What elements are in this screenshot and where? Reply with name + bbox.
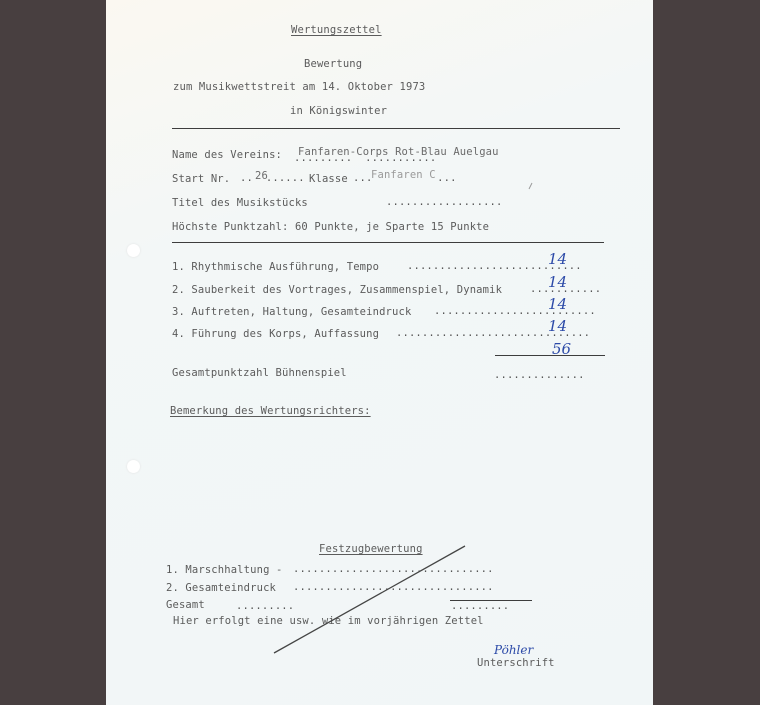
strike-through-line <box>0 0 760 705</box>
signature-label: Unterschrift <box>477 656 555 670</box>
signature: Pöhler <box>494 643 533 657</box>
